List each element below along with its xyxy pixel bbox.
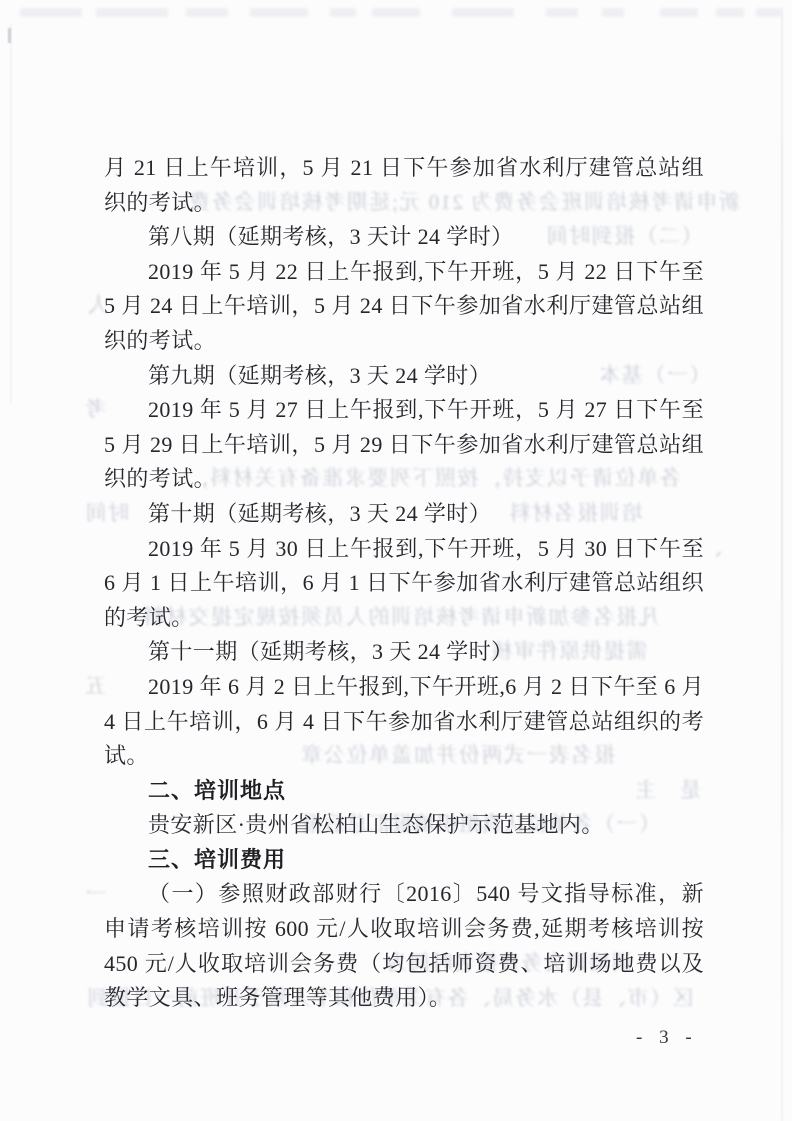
scan-edge-dash: [660, 8, 698, 17]
scan-edge-dash: [716, 8, 744, 17]
document-paragraph: （一）参照财政部财行〔2016〕540 号文指导标准，新申请考核培训按 600 …: [104, 877, 704, 1015]
document-paragraph: 第十一期（延期考核，3 天 24 学时）: [104, 635, 704, 670]
document-paragraph: 贵安新区·贵州省松柏山生态保护示范基地内。: [104, 808, 704, 843]
scan-edge-dash: [372, 8, 420, 17]
document-paragraph: 第九期（延期考核，3 天 24 学时）: [104, 359, 704, 394]
document-paragraph: 月 21 日上午培训，5 月 21 日下午参加省水利厅建管总站组织的考试。: [104, 151, 704, 220]
scan-edge-dash: [186, 8, 228, 17]
scan-edge-dash: [602, 8, 624, 17]
document-paragraph: 第十期（延期考核，3 天 24 学时）: [104, 497, 704, 532]
scan-edge-dash: [330, 8, 356, 17]
document-paragraph: 第八期（延期考核，3 天计 24 学时）: [104, 220, 704, 255]
scan-edge-line-left: [10, 24, 12, 404]
scan-edge-dash: [96, 8, 168, 17]
scan-speck: [8, 28, 11, 43]
scan-edge-line-right: [781, 8, 783, 1121]
scanned-document-page: 新申请考核培训班会务费为 210 元;延期考核培训会务费（二）报到时间人（一）基…: [0, 0, 792, 1121]
scan-edge-dash: [20, 8, 82, 17]
section-heading: 二、培训地点: [104, 774, 704, 809]
document-paragraph: 2019 年 5 月 30 日上午报到,下午开班，5 月 30 日下午至 6 月…: [104, 532, 704, 636]
scan-edge-dash: [452, 8, 514, 17]
document-paragraph: 2019 年 5 月 22 日上午报到,下午开班，5 月 22 日下午至 5 月…: [104, 255, 704, 359]
section-heading: 三、培训费用: [104, 843, 704, 878]
scan-edge-dash: [546, 8, 578, 17]
scan-edge-dash: [250, 8, 308, 17]
document-paragraph: 2019 年 6 月 2 日上午报到,下午开班,6 月 2 日下午至 6 月 4…: [104, 670, 704, 774]
document-body: 月 21 日上午培训，5 月 21 日下午参加省水利厅建管总站组织的考试。第八期…: [104, 151, 704, 1016]
scan-edge-dash: [756, 8, 782, 17]
document-paragraph: 2019 年 5 月 27 日上午报到,下午开班，5 月 27 日下午至 5 月…: [104, 393, 704, 497]
